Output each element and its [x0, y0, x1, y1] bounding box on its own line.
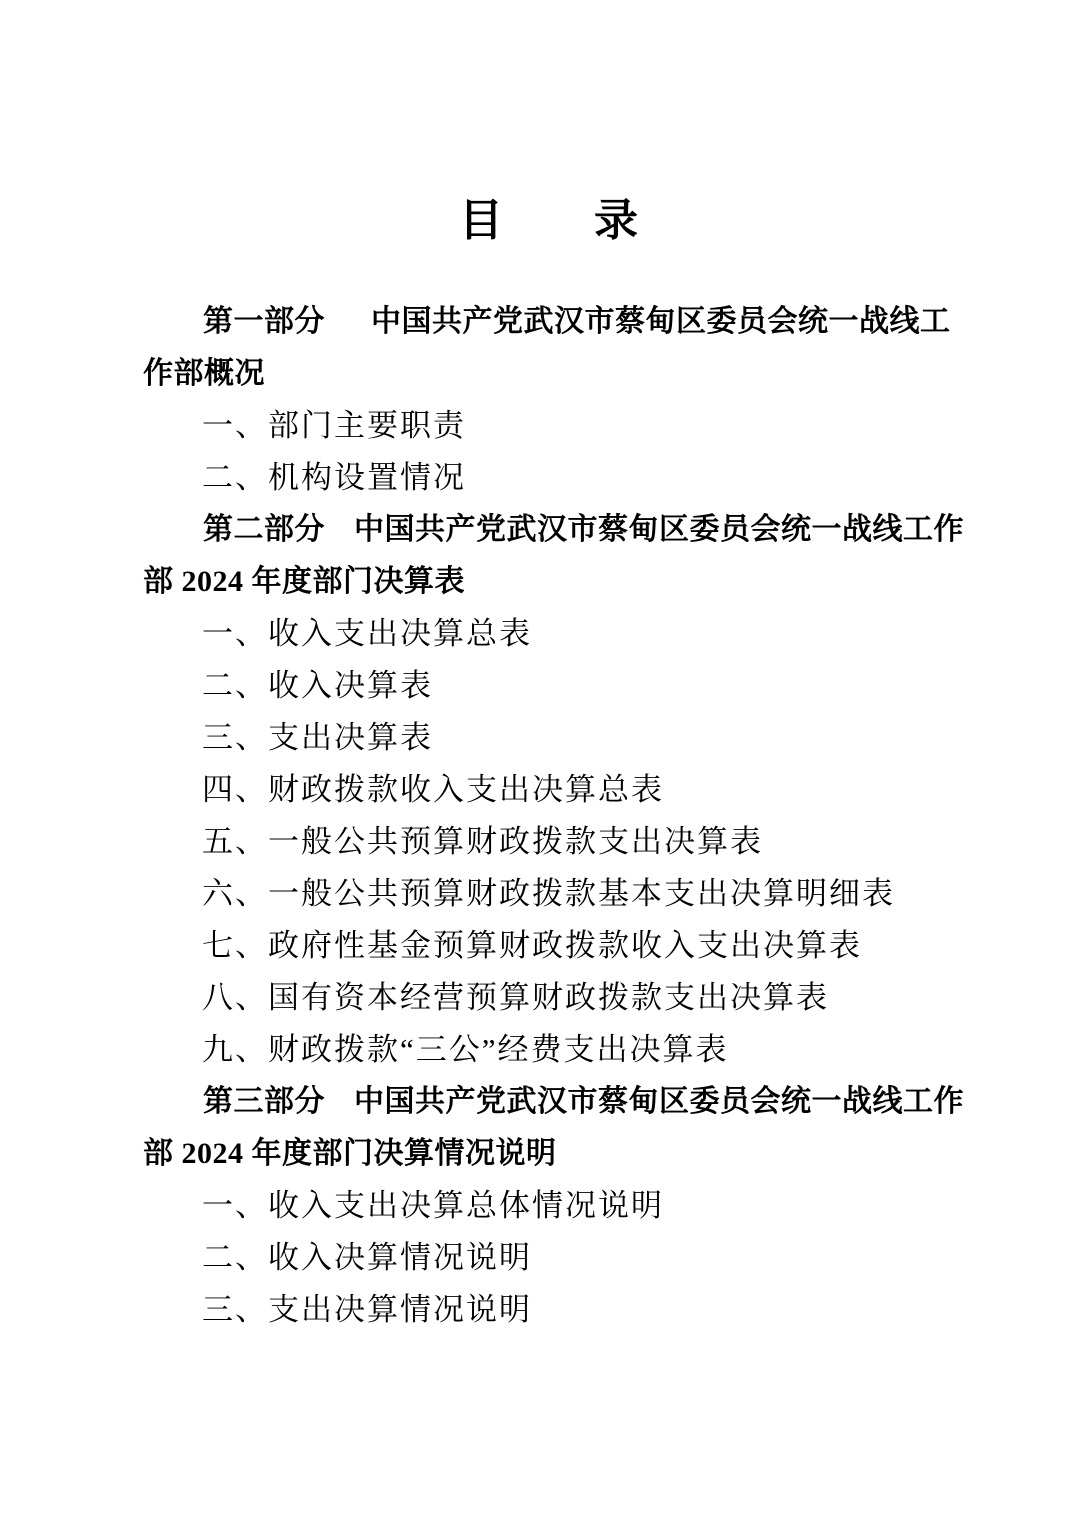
- toc-item: 三、支出决算表: [143, 712, 963, 764]
- toc-item: 九、财政拨款“三公”经费支出决算表: [143, 1024, 963, 1076]
- toc-item: 一、部门主要职责: [143, 400, 963, 452]
- section-1-heading-text: 中国共产党武汉市蔡甸区委员会统一战线工: [371, 305, 951, 338]
- toc-item: 六、一般公共预算财政拨款基本支出决算明细表: [143, 868, 963, 920]
- heading-gap: [325, 538, 354, 539]
- toc-content: 第一部分中国共产党武汉市蔡甸区委员会统一战线工 作部概况 一、部门主要职责 二、…: [143, 296, 963, 1336]
- toc-item: 三、支出决算情况说明: [143, 1284, 963, 1336]
- section-1-heading-label: 第一部分: [203, 305, 325, 338]
- section-2-heading-text: 中国共产党武汉市蔡甸区委员会统一战线工作: [354, 513, 964, 546]
- section-2-heading-line-2: 部 2024 年度部门决算表: [143, 556, 963, 608]
- section-3-heading-label: 第三部分: [203, 1085, 325, 1118]
- heading-gap: [325, 1110, 354, 1111]
- toc-item: 一、收入支出决算总表: [143, 608, 963, 660]
- section-1-heading-line-1: 第一部分中国共产党武汉市蔡甸区委员会统一战线工: [143, 296, 963, 348]
- section-3-heading-text: 中国共产党武汉市蔡甸区委员会统一战线工作: [354, 1085, 964, 1118]
- heading-gap: [325, 330, 371, 331]
- section-3-heading-line-2: 部 2024 年度部门决算情况说明: [143, 1128, 963, 1180]
- document-title: 目 录: [143, 196, 955, 246]
- toc-section-2: 第二部分中国共产党武汉市蔡甸区委员会统一战线工作 部 2024 年度部门决算表 …: [143, 504, 963, 1076]
- toc-item: 二、收入决算情况说明: [143, 1232, 963, 1284]
- toc-page: 目 录 第一部分中国共产党武汉市蔡甸区委员会统一战线工 作部概况 一、部门主要职…: [0, 0, 1074, 1520]
- section-3-heading-line-1: 第三部分中国共产党武汉市蔡甸区委员会统一战线工作: [143, 1076, 963, 1128]
- toc-item: 二、收入决算表: [143, 660, 963, 712]
- section-2-heading-label: 第二部分: [203, 513, 325, 546]
- toc-item: 四、财政拨款收入支出决算总表: [143, 764, 963, 816]
- toc-item: 五、一般公共预算财政拨款支出决算表: [143, 816, 963, 868]
- toc-section-1: 第一部分中国共产党武汉市蔡甸区委员会统一战线工 作部概况 一、部门主要职责 二、…: [143, 296, 963, 504]
- toc-item: 二、机构设置情况: [143, 452, 963, 504]
- section-1-heading-line-2: 作部概况: [143, 348, 963, 400]
- toc-section-3: 第三部分中国共产党武汉市蔡甸区委员会统一战线工作 部 2024 年度部门决算情况…: [143, 1076, 963, 1336]
- toc-item: 一、收入支出决算总体情况说明: [143, 1180, 963, 1232]
- toc-item: 七、政府性基金预算财政拨款收入支出决算表: [143, 920, 963, 972]
- section-2-heading-line-1: 第二部分中国共产党武汉市蔡甸区委员会统一战线工作: [143, 504, 963, 556]
- toc-item: 八、国有资本经营预算财政拨款支出决算表: [143, 972, 963, 1024]
